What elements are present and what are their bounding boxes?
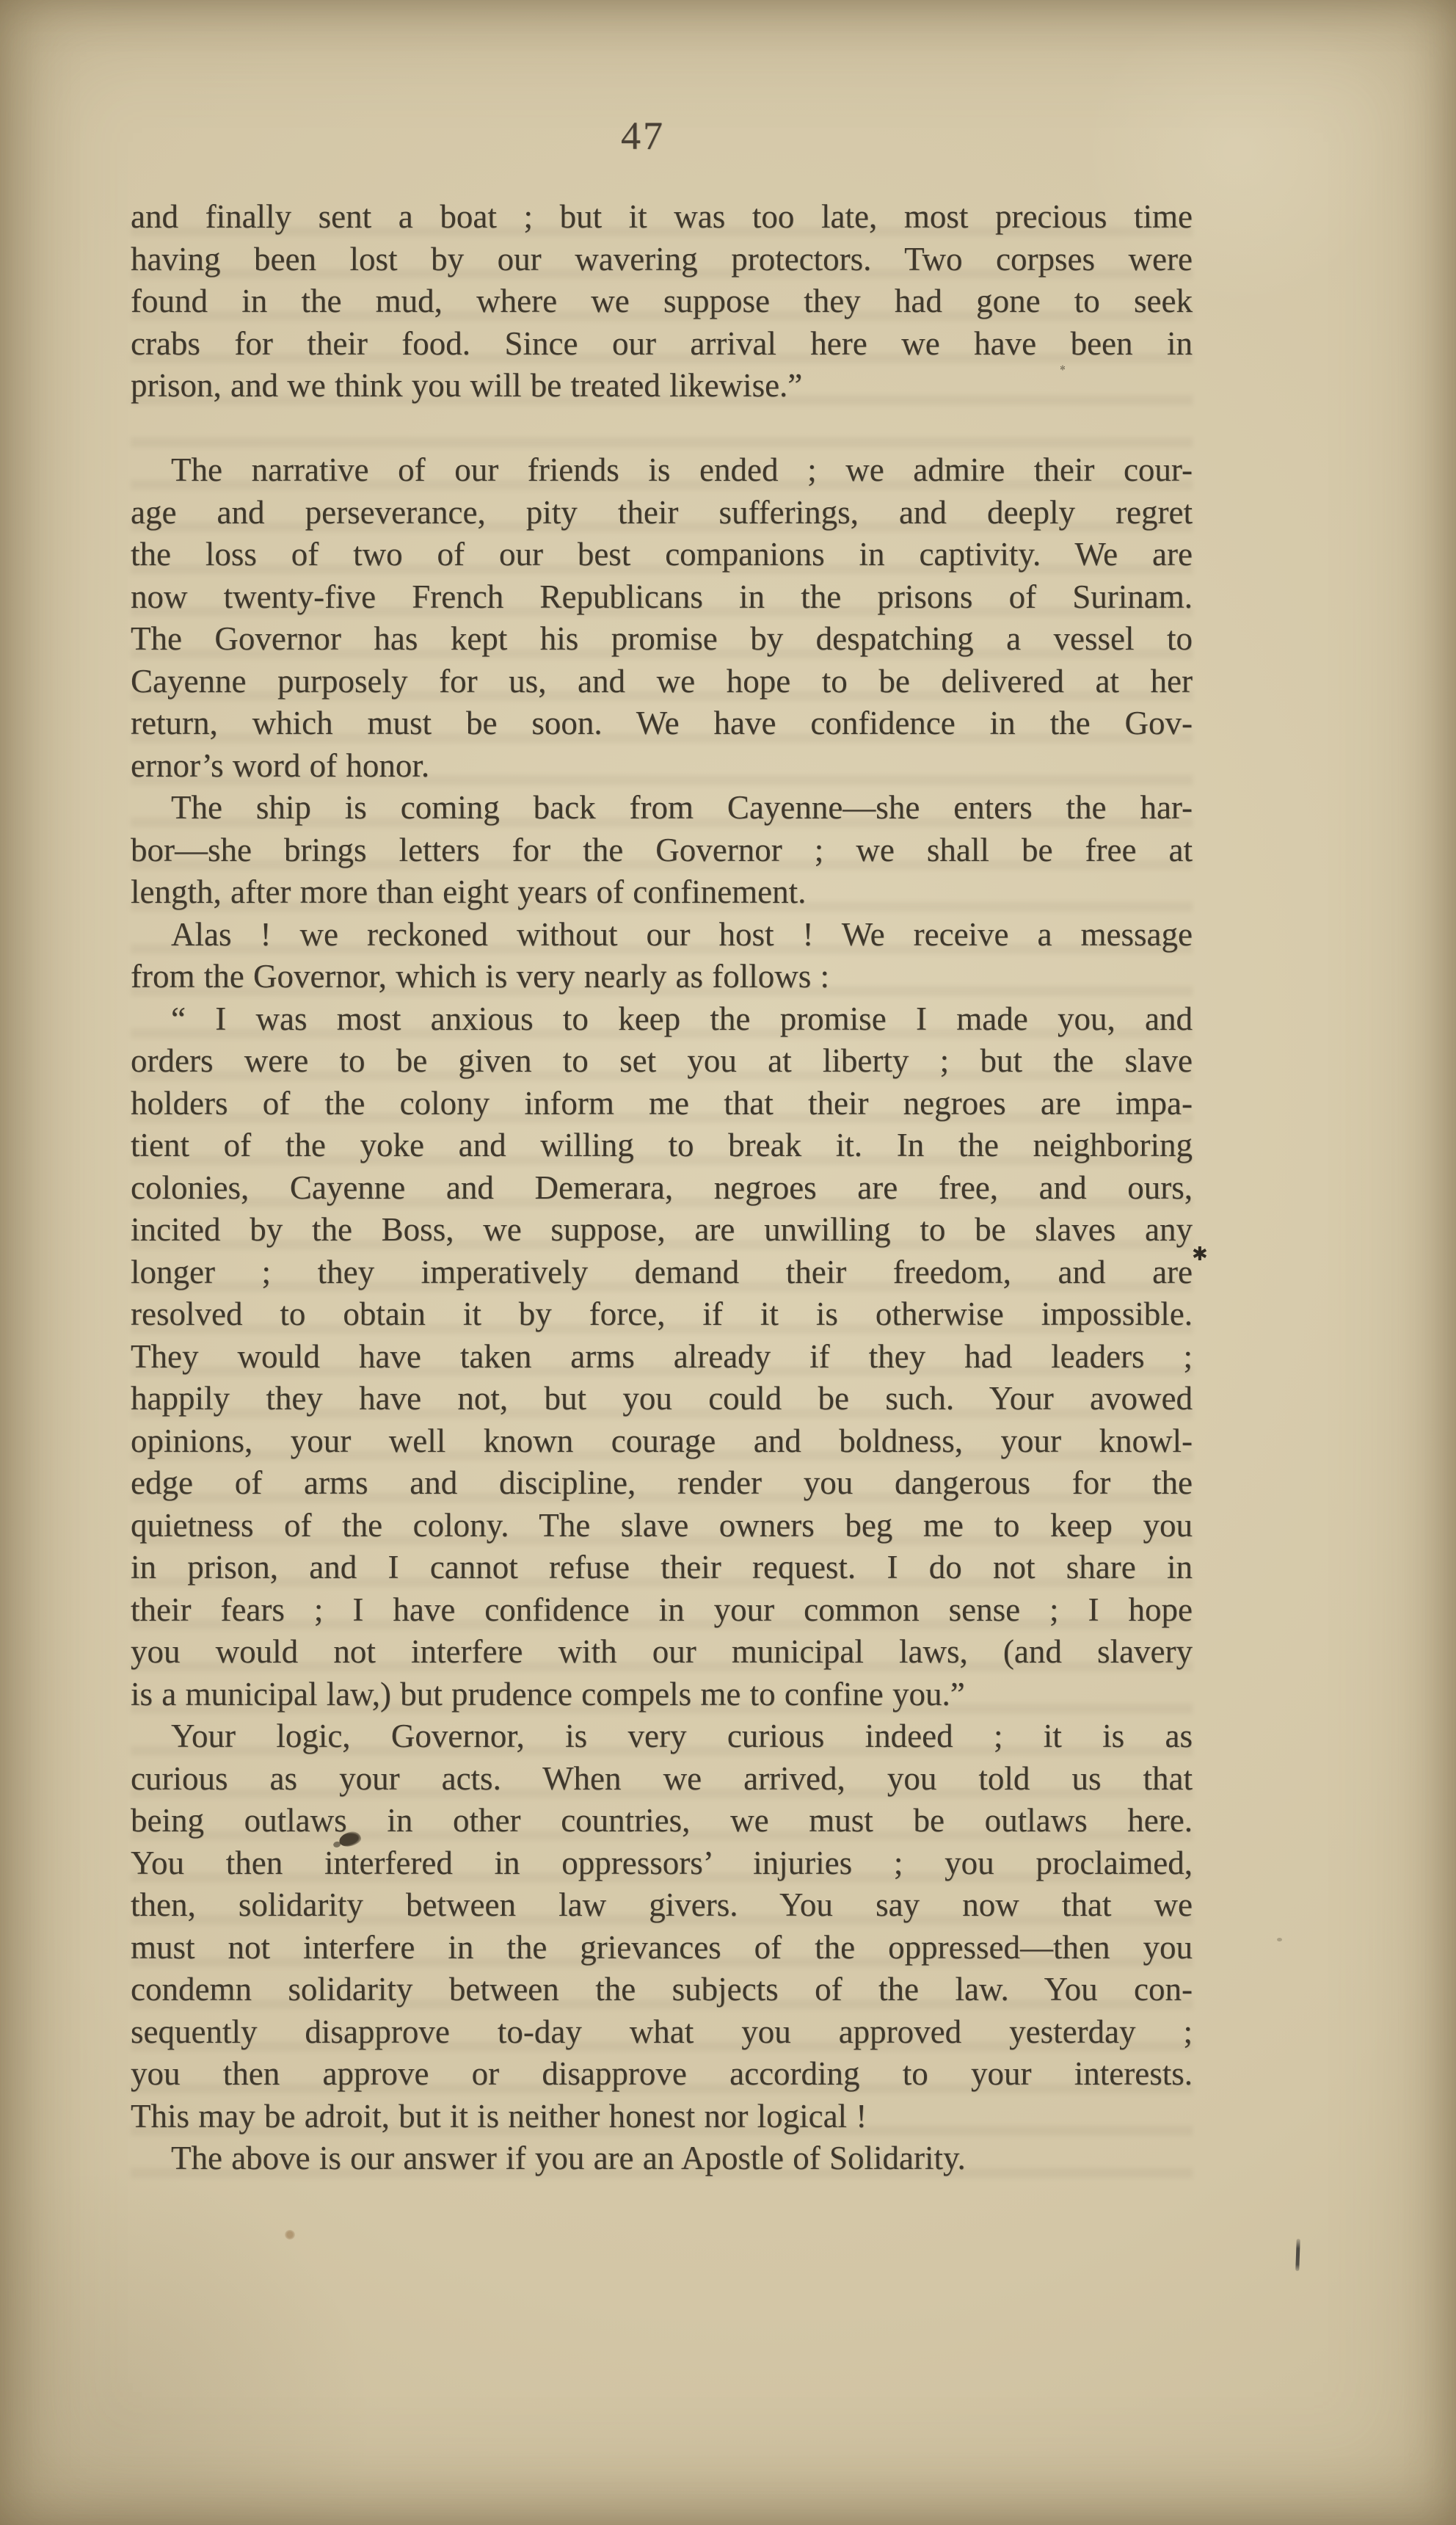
page-number: 47 [621,116,665,156]
text-line: then, solidarity between law givers. You… [131,1884,1193,1927]
paper-stain-dot [285,2230,295,2239]
text-line: curious as your acts. When we arrived, y… [131,1758,1193,1801]
paragraph: “ I was most anxious to keep the promise… [131,998,1193,1716]
text-line: longer ; they imperatively demand their … [131,1251,1193,1294]
ink-mark-after-any: ✱ [1192,1243,1208,1265]
text-line: The narrative of our friends is ended ; … [131,449,1193,492]
text-line: crabs for their food. Since our arrival … [131,323,1193,366]
paragraph: Alas ! we reckoned without our host ! We… [131,914,1193,998]
paragraph: The narrative of our friends is ended ; … [131,449,1193,787]
text-line: their fears ; I have confidence in your … [131,1589,1193,1632]
text-line: quietness of the colony. The slave owner… [131,1505,1193,1547]
text-line: you then approve or disapprove according… [131,2053,1193,2096]
text-line: “ I was most anxious to keep the promise… [131,998,1193,1041]
text-line: prison, and we think you will be treated… [131,365,1193,407]
text-line: Cayenne purposely for us, and we hope to… [131,661,1193,703]
text-line: edge of arms and discipline, render you … [131,1462,1193,1505]
text-line: Your logic, Governor, is very curious in… [131,1715,1193,1758]
text-line: return, which must be soon. We have conf… [131,702,1193,745]
ink-stroke-bottom-right [1295,2239,1300,2271]
text-line: ernor’s word of honor. [131,745,1193,788]
paragraph: Your logic, Governor, is very curious in… [131,1715,1193,2180]
text-line: being outlaws in other countries, we mus… [131,1800,1193,1842]
text-line: This may be adroit, but it is neither ho… [131,2096,1193,2138]
text-line: length, after more than eight years of c… [131,871,1193,914]
text-line: The Governor has kept his promise by des… [131,618,1193,661]
paper-speck [1277,1938,1282,1941]
text-line: is a municipal law,) but prudence compel… [131,1674,1193,1716]
text-line: colonies, Cayenne and Demerara, negroes … [131,1167,1193,1210]
text-line: They would have taken arms already if th… [131,1336,1193,1378]
text-line: holders of the colony inform me that the… [131,1083,1193,1125]
text-line: and finally sent a boat ; but it was too… [131,196,1193,239]
book-page: 47 and finally sent a boat ; but it was … [0,0,1456,2525]
paragraph: The ship is coming back from Cayenne—she… [131,787,1193,914]
text-line: the loss of two of our best companions i… [131,534,1193,576]
text-line: tient of the yoke and willing to break i… [131,1125,1193,1167]
paragraph: and finally sent a boat ; but it was too… [131,196,1193,407]
text-line: age and perseverance, pity their sufferi… [131,492,1193,534]
text-line: must not interfere in the grievances of … [131,1927,1193,1969]
text-line: resolved to obtain it by force, if it is… [131,1293,1193,1336]
text-line: in prison, and I cannot refuse their req… [131,1547,1193,1589]
text-line: incited by the Boss, we suppose, are unw… [131,1209,1193,1251]
text-line: The above is our answer if you are an Ap… [131,2137,1193,2180]
text-line: you would not interfere with our municip… [131,1631,1193,1674]
text-line: opinions, your well known courage and bo… [131,1420,1193,1463]
text-line: sequently disapprove to-day what you app… [131,2011,1193,2054]
text-line: now twenty-five French Republicans in th… [131,576,1193,619]
text-block: and finally sent a boat ; but it was too… [131,196,1193,2180]
text-line: from the Governor, which is very nearly … [131,956,1193,998]
text-line: You then interfered in oppressors’ injur… [131,1842,1193,1885]
text-line: orders were to be given to set you at li… [131,1040,1193,1083]
text-line: having been lost by our wavering protect… [131,239,1193,281]
text-line: happily they have not, but you could be … [131,1378,1193,1420]
text-line: The ship is coming back from Cayenne—she… [131,787,1193,829]
text-line: Alas ! we reckoned without our host ! We… [131,914,1193,956]
text-line: bor—she brings letters for the Governor … [131,829,1193,872]
text-line: condemn solidarity between the subjects … [131,1969,1193,2011]
text-line: found in the mud, where we suppose they … [131,280,1193,323]
